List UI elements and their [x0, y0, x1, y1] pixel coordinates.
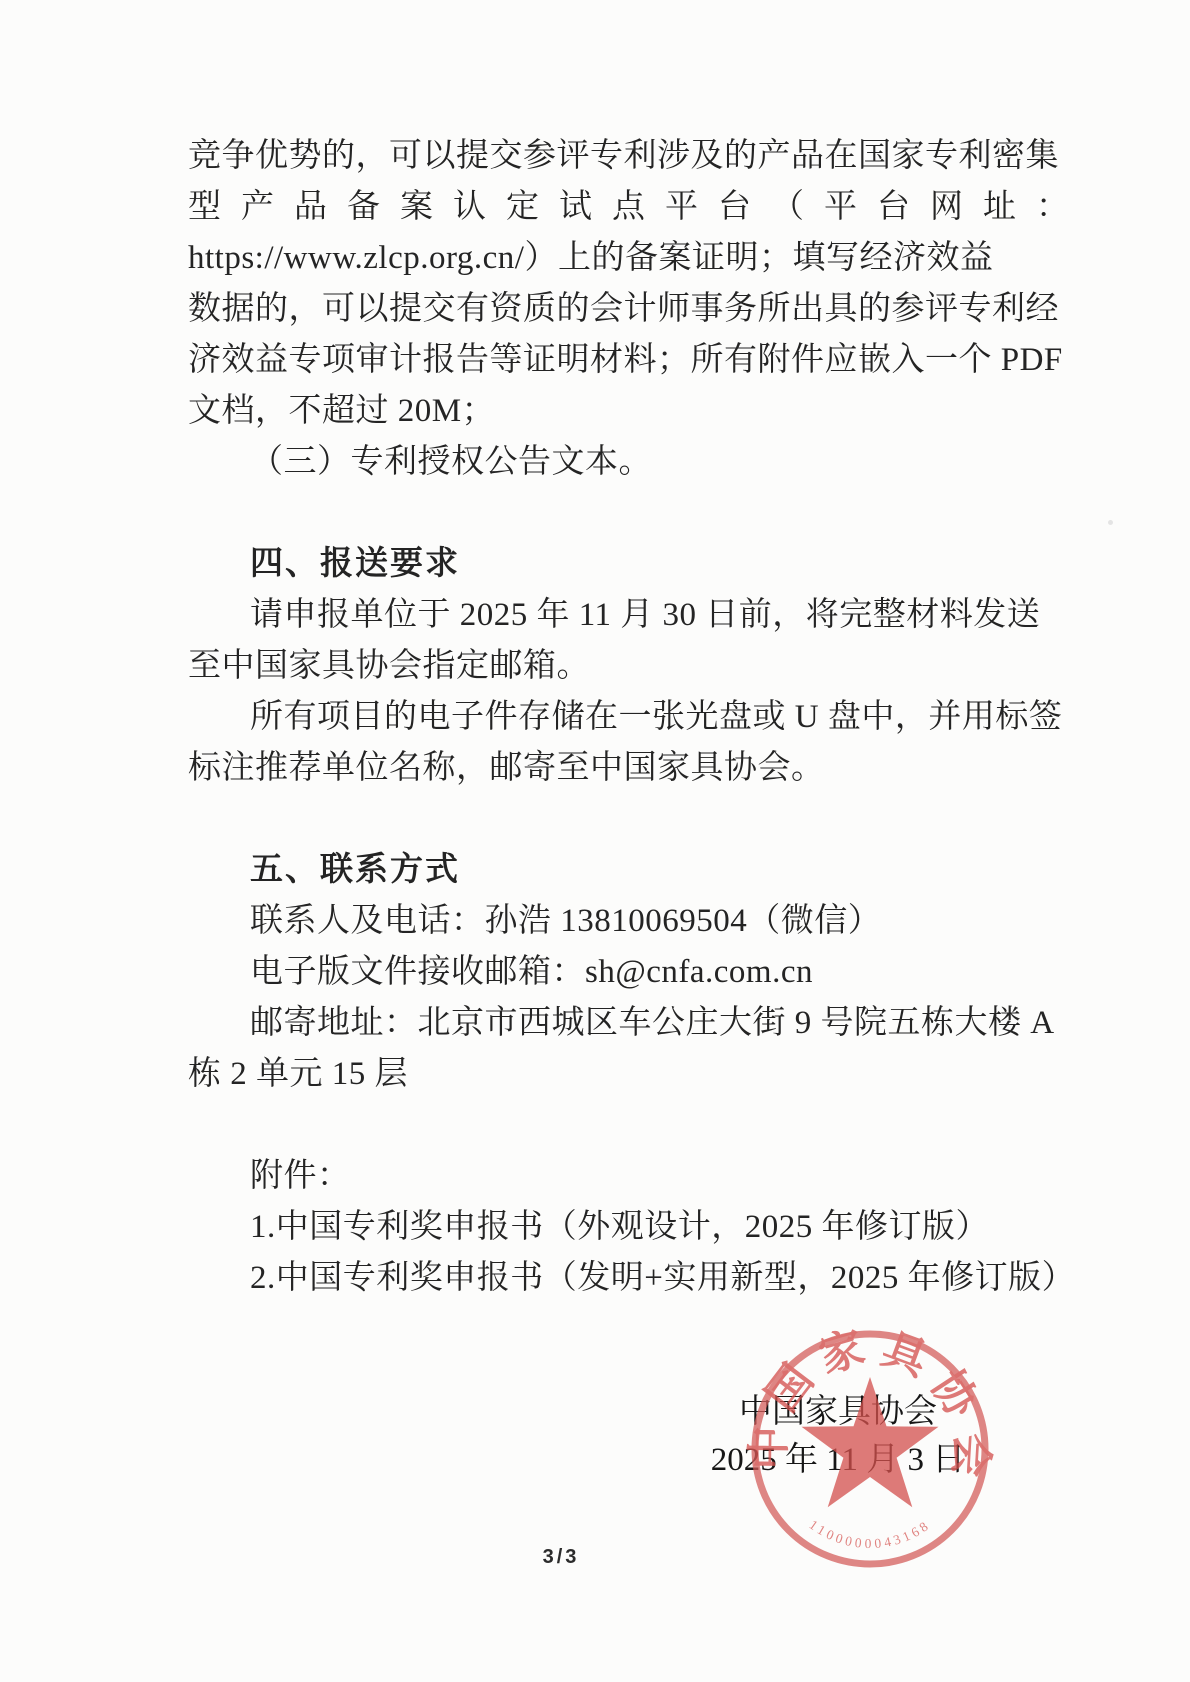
- body-line: 文档，不超过 20M；: [188, 386, 1044, 437]
- spacer: [188, 488, 1044, 539]
- body-line: （三）专利授权公告文本。: [188, 437, 1044, 488]
- spacer: [188, 1100, 1044, 1151]
- body-line: 标注推荐单位名称，邮寄至中国家具协会。: [188, 743, 1044, 794]
- contact-address-line: 邮寄地址：北京市西城区车公庄大街 9 号院五栋大楼 A: [188, 998, 1044, 1049]
- official-seal-stamp: 中国家具协会 1100000043168: [746, 1325, 994, 1573]
- section-heading-4: 四、报送要求: [188, 539, 1044, 590]
- body-line: 请申报单位于 2025 年 11 月 30 日前，将完整材料发送: [188, 590, 1044, 641]
- svg-text:1100000043168: 1100000043168: [807, 1517, 934, 1551]
- section-heading-5: 五、联系方式: [188, 845, 1044, 896]
- body-line: 竞争优势的，可以提交参评专利涉及的产品在国家专利密集: [188, 131, 1044, 182]
- star-icon: [802, 1377, 939, 1507]
- document-body: 竞争优势的，可以提交参评专利涉及的产品在国家专利密集 型产品备案认定试点平台（平…: [188, 131, 1044, 1304]
- attachment-item-2: 2.中国专利奖申报书（发明+实用新型，2025 年修订版）: [188, 1253, 1044, 1304]
- body-line: 至中国家具协会指定邮箱。: [188, 641, 1044, 692]
- spacer: [188, 794, 1044, 845]
- document-page: 竞争优势的，可以提交参评专利涉及的产品在国家专利密集 型产品备案认定试点平台（平…: [0, 0, 1190, 1682]
- stamp-serial-number: 1100000043168: [807, 1517, 934, 1551]
- contact-person-line: 联系人及电话：孙浩 13810069504（微信）: [188, 896, 1044, 947]
- body-line: 数据的，可以提交有资质的会计师事务所出具的参评专利经: [188, 284, 1044, 335]
- contact-email-line: 电子版文件接收邮箱：sh@cnfa.com.cn: [188, 947, 1044, 998]
- attachment-item-1: 1.中国专利奖申报书（外观设计，2025 年修订版）: [188, 1202, 1044, 1253]
- body-line: 所有项目的电子件存储在一张光盘或 U 盘中，并用标签: [188, 692, 1044, 743]
- body-line: 型产品备案认定试点平台（平台网址：: [188, 182, 1044, 233]
- scan-artifact-dot: [1108, 520, 1113, 525]
- page-number: 3/3: [516, 1546, 606, 1569]
- body-line: https://www.zlcp.org.cn/）上的备案证明；填写经济效益: [188, 233, 1044, 284]
- contact-address-line: 栋 2 单元 15 层: [188, 1049, 1044, 1100]
- body-line: 济效益专项审计报告等证明材料；所有附件应嵌入一个 PDF: [188, 335, 1044, 386]
- attachments-label: 附件：: [188, 1151, 1044, 1202]
